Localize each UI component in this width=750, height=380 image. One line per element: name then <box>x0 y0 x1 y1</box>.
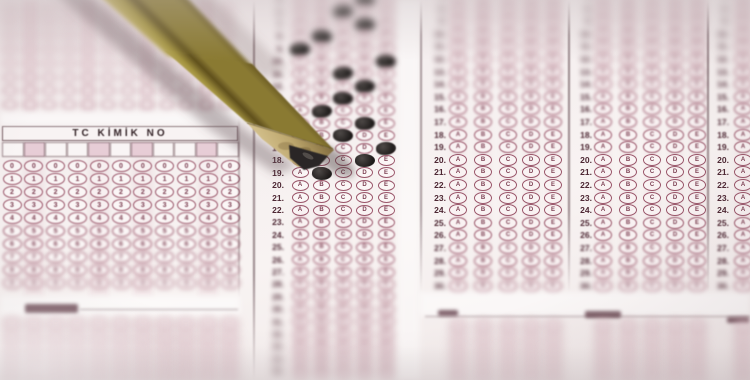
photo-omr-answer-sheet: TC KİMİK NO 0000000000011111111111222222… <box>0 0 750 380</box>
pencil <box>0 0 750 380</box>
